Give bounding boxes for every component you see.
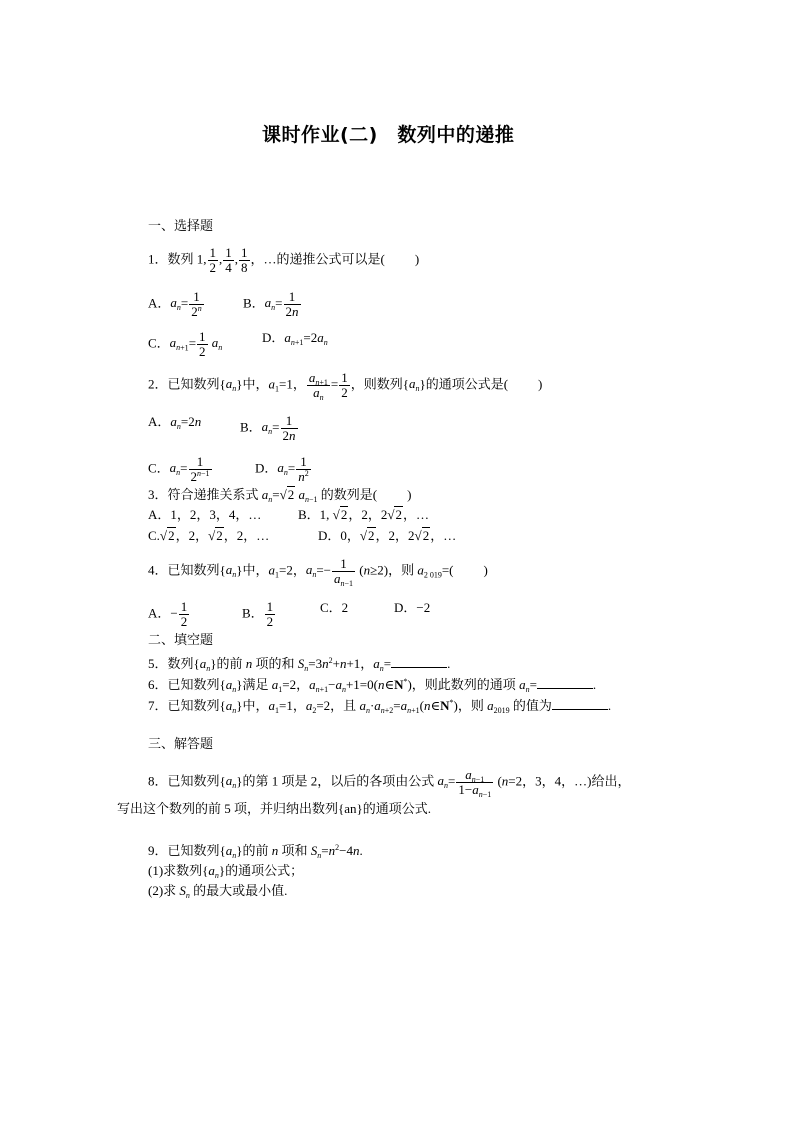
question-7-stem: 7．已知数列{an}中，a1=1，a2=2，且 an·an+2=an+1(n∈N… xyxy=(148,697,611,714)
question-8-line-2: 写出这个数列的前 5 项，并归纳出数列{an}的通项公式. xyxy=(117,801,431,817)
question-1-option-d[interactable]: D．an+1=2an xyxy=(262,330,328,346)
question-2-stem: 2．已知数列{an}中，a1=1，an+1an=12，则数列{an}的通项公式是… xyxy=(148,371,542,400)
question-4-option-c[interactable]: C．2 xyxy=(320,600,348,616)
section-heading-fill: 二、填空题 xyxy=(148,633,213,649)
question-2-option-a[interactable]: A．an=2n xyxy=(148,414,201,430)
question-6-stem: 6．已知数列{an}满足 a1=2，an+1−an+1=0(n∈N*)，则此数列… xyxy=(148,676,596,693)
question-1-option-a[interactable]: A．an=12n xyxy=(148,290,205,319)
section-heading-choice: 一、选择题 xyxy=(148,219,213,235)
question-4-option-d[interactable]: D．−2 xyxy=(394,600,430,616)
section-heading-answer: 三、解答题 xyxy=(148,737,213,753)
page-title: 课时作业(二) 数列中的递推 xyxy=(262,127,514,143)
question-9-part-1: (1)求数列{an}的通项公式； xyxy=(148,863,303,879)
answer-blank-7[interactable] xyxy=(552,697,608,710)
question-4-option-a[interactable]: A．−12 xyxy=(148,600,190,629)
question-8-line-1: 8．已知数列{an}的第 1 项是 2，以后的各项由公式 an=an−11−an… xyxy=(148,768,630,797)
question-9-part-2: (2)求 Sn 的最大或最小值. xyxy=(148,883,287,899)
answer-blank-5[interactable] xyxy=(391,655,447,668)
question-1-option-b[interactable]: B．an=12n xyxy=(243,290,302,319)
question-1-stem: 1．数列 1,12,14,18，…的递推公式可以是() xyxy=(148,246,419,275)
question-4-option-b[interactable]: B．12 xyxy=(242,600,276,629)
question-2-option-d[interactable]: D．an=1n2 xyxy=(255,455,312,484)
question-2-option-c[interactable]: C．an=12n−1 xyxy=(148,455,213,484)
question-5-stem: 5．数列{an}的前 n 项的和 Sn=3n2+n+1，an=. xyxy=(148,655,450,672)
question-3-option-b[interactable]: B．1, √2，2，2√2，… xyxy=(298,507,429,523)
question-3-option-d[interactable]: D．0，√2，2，2√2，… xyxy=(318,528,456,544)
question-3-option-a[interactable]: A．1，2，3，4，… xyxy=(148,507,261,523)
answer-blank-6[interactable] xyxy=(537,676,593,689)
question-9-stem: 9．已知数列{an}的前 n 项和 Sn=n2−4n. xyxy=(148,843,363,859)
question-1-option-c[interactable]: C．an+1=12 an xyxy=(148,330,222,359)
question-2-option-b[interactable]: B．an=12n xyxy=(240,414,299,443)
question-3-stem: 3．符合递推关系式 an=√2 an−1 的数列是() xyxy=(148,487,411,503)
question-4-stem: 4．已知数列{an}中，a1=2，an=−1an−1 (n≥2)，则 a2 01… xyxy=(148,557,488,586)
question-3-option-c[interactable]: C.√2，2，√2，2，… xyxy=(148,528,269,544)
